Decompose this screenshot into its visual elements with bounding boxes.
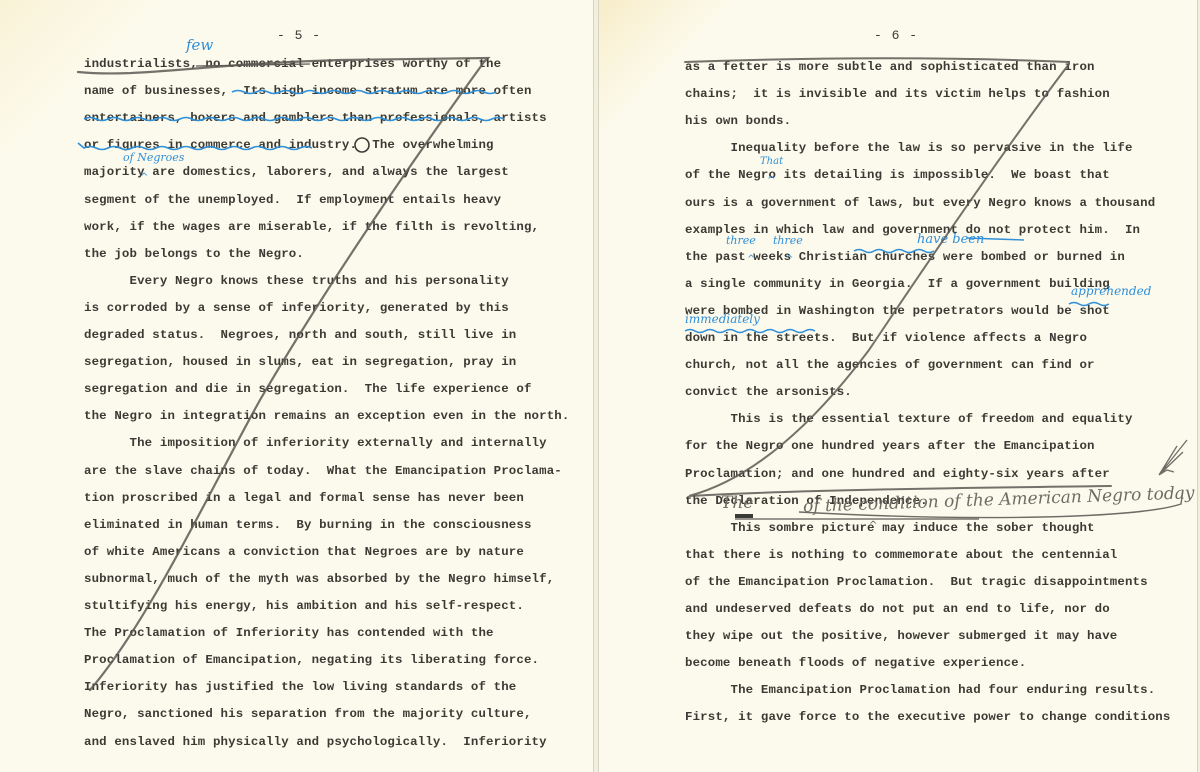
text-line: This sombre picture may induce the sober… [685, 521, 1095, 535]
text-line: segment of the unemployed. If employment… [84, 193, 501, 207]
text-line: Inequality before the law is so pervasiv… [685, 141, 1133, 155]
text-line: of white Americans a conviction that Neg… [84, 545, 524, 559]
text-line: down in the streets. But if violence aff… [685, 331, 1087, 345]
annotation-three-1: three [726, 234, 756, 247]
text-line: they wipe out the positive, however subm… [685, 629, 1117, 643]
annotation-have-been: have been [917, 232, 984, 247]
document-page-6: - 6 - as a fetter is more subtle and sop… [599, 0, 1197, 772]
insertion-caret: ^ [140, 172, 148, 183]
text-line: that there is nothing to commemorate abo… [685, 548, 1117, 562]
annotation-immediately: immediately [685, 312, 760, 326]
insertion-caret: ^ [767, 175, 775, 186]
text-line: subnormal, much of the myth was absorbed… [84, 572, 554, 586]
annotation-that: That [760, 156, 783, 167]
text-line: degraded status. Negroes, north and sout… [84, 328, 516, 342]
annotation-condition-insert: of the condition of the American Negro t… [803, 483, 1195, 517]
text-line: and undeserved defeats do not put an end… [685, 602, 1110, 616]
text-line: The Emancipation Proclamation had four e… [685, 683, 1155, 697]
annotation-few: few [186, 36, 213, 54]
text-line: a single community in Georgia. If a gove… [685, 277, 1110, 291]
text-line: for the Negro one hundred years after th… [685, 439, 1095, 453]
text-line: the Negro in integration remains an exce… [84, 409, 569, 423]
annotation-three-2: three [773, 234, 803, 247]
text-line: This is the essential texture of freedom… [685, 412, 1133, 426]
text-line: tion proscribed in a legal and formal se… [84, 491, 524, 505]
text-line: Inferiority has justified the low living… [84, 680, 516, 694]
text-line: Proclamation of Emancipation, negating i… [84, 653, 539, 667]
text-line: is corroded by a sense of inferiority, g… [84, 301, 509, 315]
text-line: segregation, housed in slums, eat in seg… [84, 355, 516, 369]
text-line: entertainers, boxers and gamblers than p… [84, 111, 547, 125]
text-line: of the Negro its detailing is impossible… [685, 168, 1110, 182]
annotation-the: The [721, 493, 753, 513]
page-number: - 5 - [277, 28, 321, 43]
text-line: The Proclamation of Inferiority has cont… [84, 626, 494, 640]
text-line: First, it gave force to the executive po… [685, 710, 1170, 724]
text-line: eliminated in human terms. By burning in… [84, 518, 532, 532]
text-line: are the slave chains of today. What the … [84, 464, 562, 478]
text-line: industrialists, no commercial enterprise… [84, 57, 501, 71]
text-line: as a fetter is more subtle and sophistic… [685, 60, 1095, 74]
text-line: and enslaved him physically and psycholo… [84, 735, 547, 749]
document-page-5: - 5 - industrialists, no commercial ente… [0, 0, 593, 772]
insertion-caret: ^ [785, 254, 793, 265]
text-line: Negro, sanctioned his separation from th… [84, 707, 532, 721]
text-line: convict the arsonists. [685, 385, 852, 399]
insertion-caret: ^ [869, 520, 877, 531]
text-line: become beneath floods of negative experi… [685, 656, 1026, 670]
annotation-of-negroes: of Negroes [123, 151, 184, 164]
text-line: ours is a government of laws, but every … [685, 196, 1155, 210]
text-line: Proclamation; and one hundred and eighty… [685, 467, 1110, 481]
text-line: stultifying his energy, his ambition and… [84, 599, 524, 613]
text-line: work, if the wages are miserable, if the… [84, 220, 539, 234]
annotation-apprehended: apprehended [1071, 284, 1151, 298]
text-line: church, not all the agencies of governme… [685, 358, 1095, 372]
text-line: of the Emancipation Proclamation. But tr… [685, 575, 1148, 589]
text-line: segregation and die in segregation. The … [84, 382, 532, 396]
text-line: The imposition of inferiority externally… [84, 436, 547, 450]
text-line: his own bonds. [685, 114, 791, 128]
insertion-caret: ^ [747, 254, 755, 265]
text-line: Every Negro knows these truths and his p… [84, 274, 509, 288]
page-number: - 6 - [874, 28, 918, 43]
text-line: the job belongs to the Negro. [84, 247, 304, 261]
text-line: name of businesses, Its high income stra… [84, 84, 532, 98]
text-line: chains; it is invisible and its victim h… [685, 87, 1110, 101]
